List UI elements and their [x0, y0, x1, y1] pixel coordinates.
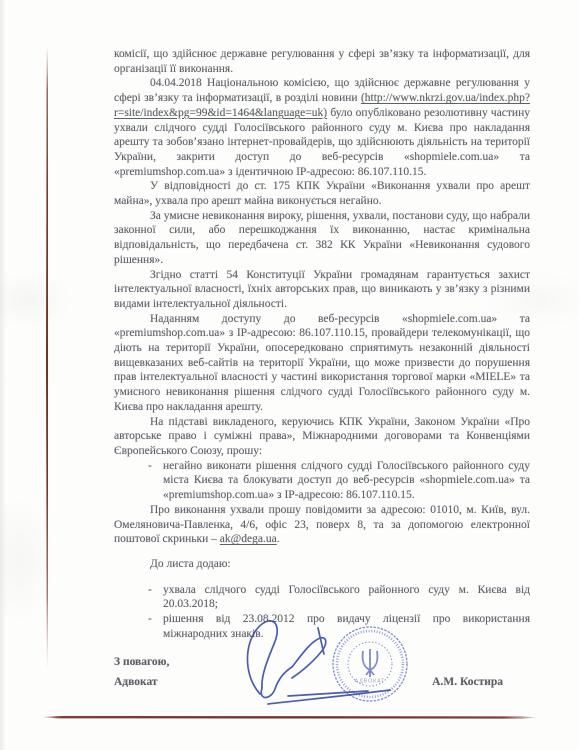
signer-name: А.М. Костира: [432, 675, 503, 690]
dash-marker: -: [148, 583, 152, 598]
paragraph-constitution-54: Згідно статті 54 Конституції України гро…: [114, 268, 530, 312]
scan-left-margin-rule: [46, 46, 48, 670]
paragraph-contact: Про виконання ухвали прошу повідомити за…: [114, 503, 530, 547]
attachments-heading: До листа додаю:: [114, 557, 530, 572]
attachment-item: -ухвала слідчого судді Голосіївського ра…: [114, 583, 530, 612]
paragraph-text: .: [277, 533, 280, 545]
attachment-item: -рішення від 23.08.2012 про видачу ліцен…: [114, 612, 530, 641]
scan-bottom-rule: [42, 716, 537, 719]
paragraph-criminal-liability: За умисне невиконання вироку, рішення, у…: [114, 209, 530, 268]
scanned-letter-page: комісії, що здійснює державне регулюванн…: [0, 0, 579, 750]
dash-marker: -: [148, 612, 152, 627]
dash-marker: -: [148, 459, 152, 474]
paragraph-legal-basis: На підставі викладеного, керуючись КПК У…: [114, 415, 530, 459]
demand-text: негайно виконати рішення слідчого судді …: [163, 460, 530, 501]
letter-body: комісії, що здійснює державне регулюванн…: [114, 47, 530, 715]
attachments-list: -ухвала слідчого судді Голосіївського ра…: [114, 583, 530, 642]
demand-item: -негайно виконати рішення слідчого судді…: [114, 459, 530, 503]
closing-block: З повагою, Адвокат А.М. Костира: [114, 655, 530, 715]
attachment-text: рішення від 23.08.2012 про видачу ліценз…: [163, 613, 530, 640]
email-link: ak@dega.ua: [220, 533, 277, 545]
paragraph-news-publication: 04.04.2018 Національною комісією, що зді…: [114, 76, 530, 179]
paragraph-kpk-175: У відповідності до ст. 175 КПК України «…: [114, 179, 530, 208]
paragraph-continuation: комісії, що здійснює державне регулюванн…: [114, 47, 530, 76]
paragraph-text: Про виконання ухвали прошу повідомити за…: [114, 504, 530, 545]
paragraph-providers-liability: Наданням доступу до веб-ресурсів «shopmi…: [114, 312, 530, 415]
closing-salutation: З повагою,: [114, 655, 530, 670]
attachment-text: ухвала слідчого судді Голосіївського рай…: [163, 584, 530, 611]
